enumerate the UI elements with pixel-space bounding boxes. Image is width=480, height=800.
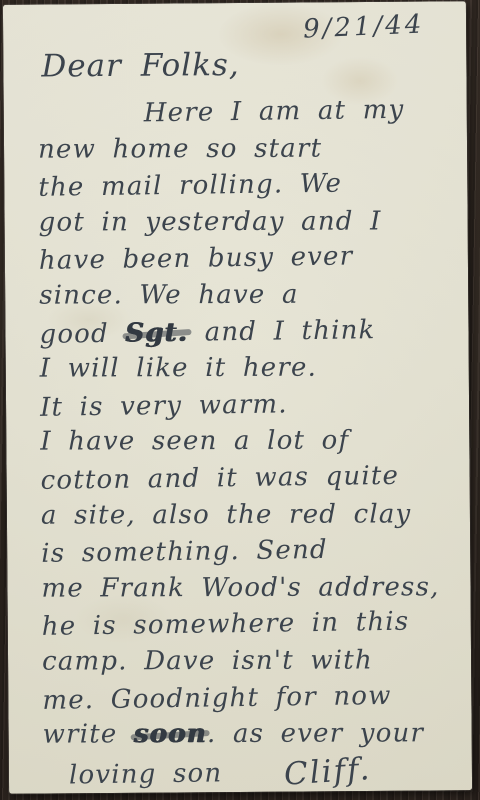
closing-line: loving sonCliff.: [43, 750, 466, 794]
line-text: write: [43, 719, 134, 749]
letter-line: good Sgt. and I think: [39, 311, 462, 353]
letter-line: a site, also the red clay: [41, 496, 464, 534]
letter-line: is something. Send: [41, 530, 464, 572]
letter-line: have been busy ever: [39, 237, 462, 279]
letter-line: I will like it here.: [40, 349, 463, 387]
letter-line: new home so start: [38, 130, 461, 168]
letter-line: me. Goodnight for now: [42, 676, 465, 718]
overwritten-word: soon: [134, 719, 207, 749]
letter-line: he is somewhere in this: [42, 603, 465, 645]
date-handwritten: 9/21/44: [302, 9, 424, 44]
closing-text: loving son: [69, 758, 223, 790]
letter-line: the mail rolling. We: [38, 164, 461, 206]
overwritten-word: Sgt.: [125, 317, 188, 348]
letter-line: camp. Dave isn't with: [42, 642, 465, 680]
line-text: . as ever your: [207, 718, 424, 749]
letter-body: Here I am at my new home so start the ma…: [38, 92, 466, 793]
salutation: Dear Folks,: [41, 47, 240, 85]
letter-line: since. We have a: [39, 276, 462, 314]
line-text: good: [39, 318, 125, 349]
letter-line: cotton and it was quite: [40, 457, 463, 499]
letter-line: me Frank Wood's address,: [41, 569, 464, 607]
letter-line: Here I am at my: [38, 91, 461, 133]
letter-line: got in yesterday and I: [39, 203, 462, 241]
letter-line: I have seen a lot of: [40, 422, 463, 460]
line-text: and I think: [188, 315, 376, 348]
letter-line: It is very warm.: [40, 384, 463, 426]
letter-line: write soon. as ever your: [43, 715, 466, 753]
photo-wood-table: { "photo": { "colors": { "wood_backgroun…: [0, 0, 480, 800]
handwritten-postcard: 9/21/44 Dear Folks, Here I am at my new …: [3, 1, 472, 794]
signature: Cliff.: [283, 751, 372, 793]
